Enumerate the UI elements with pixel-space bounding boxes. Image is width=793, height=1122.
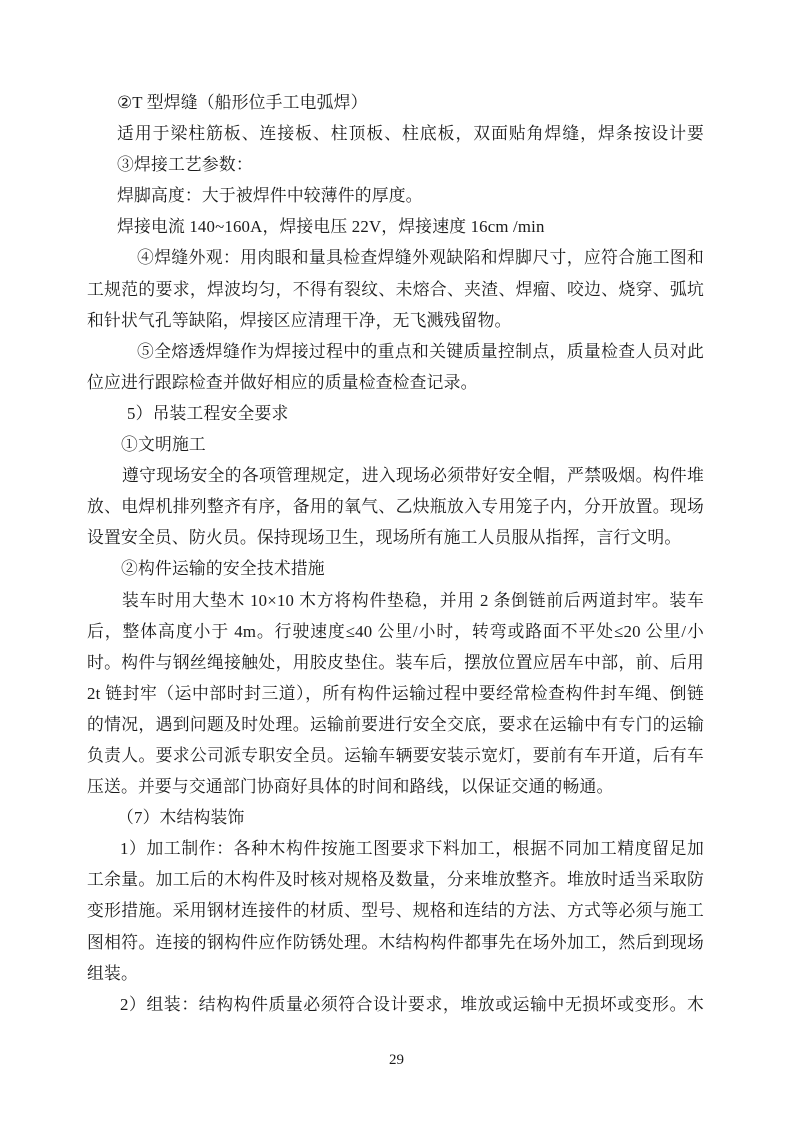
text-line: ④焊缝外观：用肉眼和量具检查焊缝外观缺陷和焊脚尺寸，应符合施工图和施 — [87, 242, 704, 273]
text-line: 图相符。连接的钢构件应作防锈处理。木结构构件都事先在场外加工，然后到现场 — [87, 927, 704, 958]
text-line: 装车时用大垫木 10×10 木方将构件垫稳，并用 2 条倒链前后两道封牢。装车 — [87, 585, 704, 616]
text-line: 1）加工制作：各种木构件按施工图要求下料加工，根据不同加工精度留足加 — [87, 833, 704, 864]
text-line: ③焊接工艺参数： — [87, 149, 704, 180]
text-line: （7）木结构装饰 — [87, 802, 704, 833]
text-line: 的情况，遇到问题及时处理。运输前要进行安全交底，要求在运输中有专门的运输 — [87, 709, 704, 740]
text-line: 适用于梁柱筋板、连接板、柱顶板、柱底板，双面贴角焊缝，焊条按设计要求。 — [87, 118, 704, 149]
text-line: 负责人。要求公司派专职安全员。运输车辆要安装示宽灯，要前有车开道，后有车 — [87, 740, 704, 771]
text-line: 设置安全员、防火员。保持现场卫生，现场所有施工人员服从指挥，言行文明。 — [87, 522, 704, 553]
document-body: ②T 型焊缝（船形位手工电弧焊）适用于梁柱筋板、连接板、柱顶板、柱底板，双面贴角… — [87, 87, 704, 1020]
text-line: 焊脚高度：大于被焊件中较薄件的厚度。 — [87, 180, 704, 211]
page-number: 29 — [0, 1050, 793, 1070]
text-line: 遵守现场安全的各项管理规定，进入现场必须带好安全帽，严禁吸烟。构件堆 — [87, 460, 704, 491]
text-line: 组装。 — [87, 958, 704, 989]
text-line: ⑤全熔透焊缝作为焊接过程中的重点和关键质量控制点，质量检查人员对此部 — [87, 336, 704, 367]
text-line: ②T 型焊缝（船形位手工电弧焊） — [87, 87, 704, 118]
text-line: 2t 链封牢（运中部时封三道），所有构件运输过程中要经常检查构件封车绳、倒链 — [87, 678, 704, 709]
text-line: 放、电焊机排列整齐有序，备用的氧气、乙炔瓶放入专用笼子内，分开放置。现场 — [87, 491, 704, 522]
text-line: 2）组装：结构构件质量必须符合设计要求，堆放或运输中无损坏或变形。木 — [87, 989, 704, 1020]
text-line: 后，整体高度小于 4m。行驶速度≤40 公里/小时，转弯或路面不平处≤20 公里… — [87, 616, 704, 647]
text-line: 压送。并要与交通部门协商好具体的时间和路线，以保证交通的畅通。 — [87, 771, 704, 802]
text-line: ①文明施工 — [87, 429, 704, 460]
text-line: 工余量。加工后的木构件及时核对规格及数量，分来堆放整齐。堆放时适当采取防 — [87, 864, 704, 895]
text-line: 5）吊装工程安全要求 — [87, 398, 704, 429]
text-line: 变形措施。采用钢材连接件的材质、型号、规格和连结的方法、方式等必须与施工 — [87, 895, 704, 926]
text-line: 位应进行跟踪检查并做好相应的质量检查检查记录。 — [87, 367, 704, 398]
text-line: 工规范的要求，焊波均匀，不得有裂纹、未熔合、夹渣、焊瘤、咬边、烧穿、弧坑 — [87, 274, 704, 305]
text-line: ②构件运输的安全技术措施 — [87, 553, 704, 584]
text-line: 和针状气孔等缺陷，焊接区应清理干净，无飞溅残留物。 — [87, 305, 704, 336]
text-line: 焊接电流 140~160A，焊接电压 22V，焊接速度 16cm /min — [87, 211, 704, 242]
document-page: ②T 型焊缝（船形位手工电弧焊）适用于梁柱筋板、连接板、柱顶板、柱底板，双面贴角… — [0, 0, 793, 1122]
text-line: 时。构件与钢丝绳接触处，用胶皮垫住。装车后，摆放位置应居车中部，前、后用 — [87, 647, 704, 678]
